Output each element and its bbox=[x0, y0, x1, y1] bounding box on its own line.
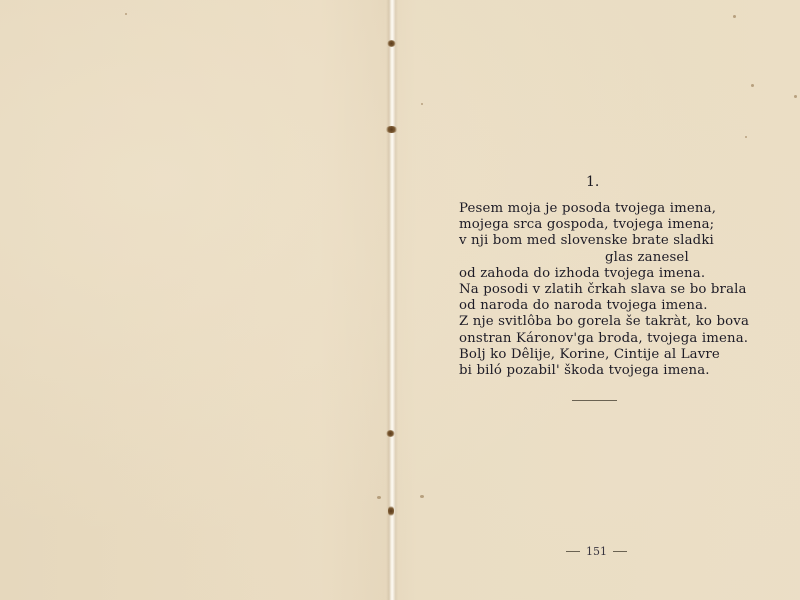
folio-dash-left bbox=[566, 551, 580, 552]
poem-line-continuation: glas zanesel bbox=[459, 250, 779, 266]
poem-line: Pesem moja je posoda tvojega imena, bbox=[459, 201, 779, 217]
poem-line: od zahoda do izhoda tvojega imena. bbox=[459, 266, 779, 282]
poem-line: od naroda do naroda tvojega imena. bbox=[459, 298, 779, 314]
paper-speck bbox=[125, 13, 127, 15]
paper-speck bbox=[377, 496, 381, 499]
poem-number: 1. bbox=[586, 174, 599, 190]
page-number: 151 bbox=[586, 545, 607, 558]
section-divider-rule bbox=[572, 400, 617, 401]
book-spread: 1. Pesem moja je posoda tvojega imena, m… bbox=[0, 0, 800, 600]
left-page-blank bbox=[0, 0, 390, 600]
poem-line: v nji bom med slovenske brate sladki bbox=[459, 233, 779, 249]
poem-line: bi biló pozabil' škoda tvojega imena. bbox=[459, 363, 779, 379]
folio-dash-right bbox=[613, 551, 627, 552]
poem-line: onstran Káronov'ga broda, tvojega imena. bbox=[459, 331, 779, 347]
poem-line: Bolj ko Dêlije, Korine, Cintije al Lavre bbox=[459, 347, 779, 363]
poem-body: Pesem moja je posoda tvojega imena, moje… bbox=[459, 201, 779, 379]
poem-line: Na posodi v zlatih črkah slava se bo bra… bbox=[459, 282, 779, 298]
poem-line: Z nje svitlôba bo gorela še takràt, ko b… bbox=[459, 314, 779, 330]
poem-line: mojega srca gospoda, tvojega imena; bbox=[459, 217, 779, 233]
page-number-footer: 151 bbox=[566, 545, 627, 558]
